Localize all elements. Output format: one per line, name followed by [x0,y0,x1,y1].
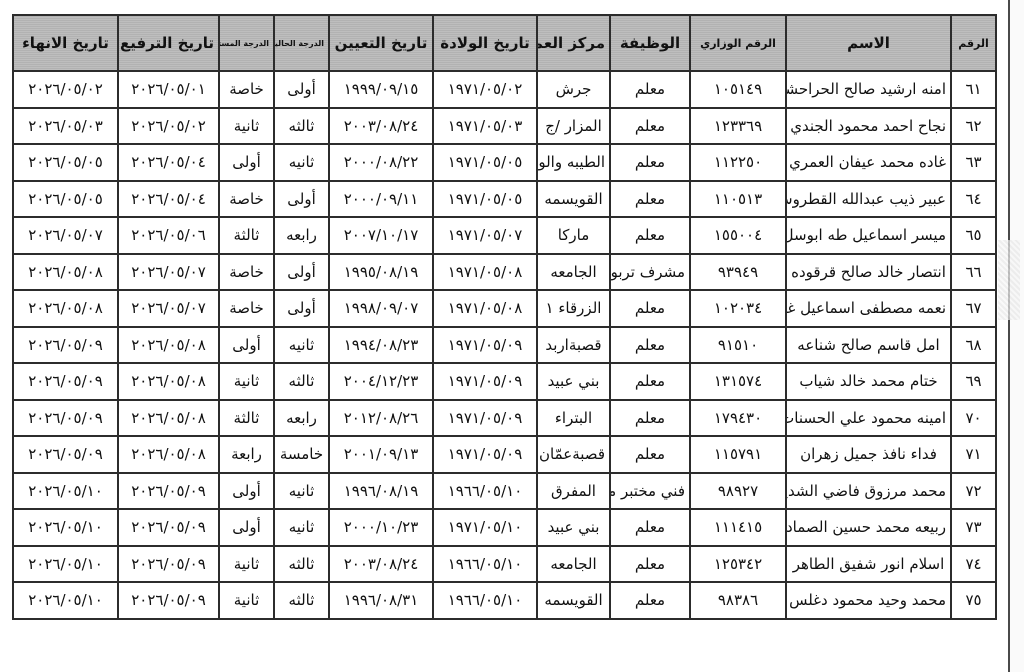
cell-ministry-number: ١٠٥١٤٩ [690,71,786,108]
cell-birth-date: ١٩٧١/٠٥/١٠ [433,509,537,546]
cell-work-center: جرش [537,71,610,108]
cell-job: معلم [610,290,690,327]
roster-body: ٦١امنه ارشيد صالح الحراحشه١٠٥١٤٩معلمجرش١… [13,71,996,619]
cell-deserved-grade: خاصة [219,254,274,291]
cell-promotion-date: ٢٠٢٦/٠٥/٠٨ [118,400,219,437]
cell-name: محمد مرزوق فاضي الشديفات [786,473,951,510]
cell-job: معلم [610,327,690,364]
cell-work-center: ماركا [537,217,610,254]
cell-name: فداء نافذ جميل زهران [786,436,951,473]
cell-current-grade: ثالثه [274,582,329,619]
cell-work-center: المفرق [537,473,610,510]
header-job: الوظيفة [610,15,690,71]
cell-job: معلم [610,436,690,473]
cell-birth-date: ١٩٦٦/٠٥/١٠ [433,546,537,583]
table-row: ٦١امنه ارشيد صالح الحراحشه١٠٥١٤٩معلمجرش١… [13,71,996,108]
cell-index: ٧٢ [951,473,996,510]
cell-work-center: الزرقاء ١ [537,290,610,327]
header-work-center: مركز العمل [537,15,610,71]
cell-ministry-number: ١١٢٢٥٠ [690,144,786,181]
cell-appointment-date: ٢٠٠٣/٠٨/٢٤ [329,546,433,583]
cell-promotion-date: ٢٠٢٦/٠٥/٠٢ [118,108,219,145]
cell-birth-date: ١٩٧١/٠٥/٠٩ [433,400,537,437]
cell-deserved-grade: ثانية [219,582,274,619]
cell-ministry-number: ١١١٤١٥ [690,509,786,546]
cell-current-grade: ثالثه [274,108,329,145]
cell-name: امينه محمود علي الحسنات [786,400,951,437]
table-row: ٦٦انتصار خالد صالح قرقوده٩٣٩٤٩مشرف تربوي… [13,254,996,291]
cell-promotion-date: ٢٠٢٦/٠٥/٠٦ [118,217,219,254]
cell-index: ٧٠ [951,400,996,437]
cell-appointment-date: ١٩٩٦/٠٨/٣١ [329,582,433,619]
cell-index: ٧١ [951,436,996,473]
cell-name: نجاح احمد محمود الجندي [786,108,951,145]
cell-deserved-grade: ثانية [219,108,274,145]
cell-birth-date: ١٩٧١/٠٥/٠٨ [433,290,537,327]
cell-job: مشرف تربوي [610,254,690,291]
cell-job: معلم [610,144,690,181]
cell-name: ميسر اسماعيل طه ابوسل [786,217,951,254]
cell-current-grade: خامسة [274,436,329,473]
cell-job: معلم [610,71,690,108]
header-end-date: تاريخ الانهاء [13,15,118,71]
cell-end-date: ٢٠٢٦/٠٥/١٠ [13,473,118,510]
cell-work-center: قصبةاربد [537,327,610,364]
cell-current-grade: ثانيه [274,144,329,181]
cell-work-center: الطيبه والوسطيه [537,144,610,181]
cell-birth-date: ١٩٧١/٠٥/٠٨ [433,254,537,291]
cell-end-date: ٢٠٢٦/٠٥/١٠ [13,582,118,619]
cell-ministry-number: ١٠٢٠٣٤ [690,290,786,327]
cell-job: معلم [610,108,690,145]
cell-ministry-number: ٩٣٩٤٩ [690,254,786,291]
cell-birth-date: ١٩٧١/٠٥/٠٩ [433,327,537,364]
cell-birth-date: ١٩٧١/٠٥/٠٥ [433,144,537,181]
cell-promotion-date: ٢٠٢٦/٠٥/٠٧ [118,290,219,327]
table-row: ٦٥ميسر اسماعيل طه ابوسل١٥٥٠٠٤معلمماركا١٩… [13,217,996,254]
cell-name: امل قاسم صالح شناعه [786,327,951,364]
cell-current-grade: رابعه [274,217,329,254]
promotion-roster-table: الرقم الاسم الرقم الوزاري الوظيفة مركز ا… [12,14,997,620]
cell-appointment-date: ١٩٩٨/٠٩/٠٧ [329,290,433,327]
cell-ministry-number: ١٢٣٣٦٩ [690,108,786,145]
cell-birth-date: ١٩٧١/٠٥/٠٣ [433,108,537,145]
cell-end-date: ٢٠٢٦/٠٥/٠٣ [13,108,118,145]
cell-current-grade: ثالثه [274,363,329,400]
cell-index: ٦٥ [951,217,996,254]
cell-job: معلم [610,509,690,546]
cell-deserved-grade: ثانية [219,546,274,583]
cell-ministry-number: ١٥٥٠٠٤ [690,217,786,254]
cell-name: ختام محمد خالد شياب [786,363,951,400]
cell-ministry-number: ٩٨٣٨٦ [690,582,786,619]
cell-deserved-grade: خاصة [219,181,274,218]
table-row: ٦٨امل قاسم صالح شناعه٩١٥١٠معلمقصبةاربد١٩… [13,327,996,364]
cell-appointment-date: ٢٠٠٠/٠٨/٢٢ [329,144,433,181]
cell-name: نعمه مصطفى اسماعيل غانم [786,290,951,327]
cell-index: ٦٤ [951,181,996,218]
cell-promotion-date: ٢٠٢٦/٠٥/٠٤ [118,144,219,181]
cell-end-date: ٢٠٢٦/٠٥/٠٧ [13,217,118,254]
cell-birth-date: ١٩٧١/٠٥/٠٧ [433,217,537,254]
cell-birth-date: ١٩٦٦/٠٥/١٠ [433,582,537,619]
table-row: ٧١فداء نافذ جميل زهران١١٥٧٩١معلمقصبةعمّا… [13,436,996,473]
cell-ministry-number: ٩١٥١٠ [690,327,786,364]
cell-deserved-grade: ثالثة [219,400,274,437]
cell-index: ٦٧ [951,290,996,327]
cell-appointment-date: ١٩٩٥/٠٨/١٩ [329,254,433,291]
cell-promotion-date: ٢٠٢٦/٠٥/٠٨ [118,363,219,400]
cell-appointment-date: ٢٠٠٣/٠٨/٢٤ [329,108,433,145]
cell-appointment-date: ٢٠٠٠/٠٩/١١ [329,181,433,218]
header-name: الاسم [786,15,951,71]
table-row: ٧٥محمد وحيد محمود دغلس٩٨٣٨٦معلمالقويسمه١… [13,582,996,619]
cell-work-center: بني عبيد [537,509,610,546]
cell-current-grade: ثانيه [274,473,329,510]
cell-job: معلم [610,582,690,619]
table-row: ٦٣غاده محمد عيفان العمري١١٢٢٥٠معلمالطيبه… [13,144,996,181]
cell-ministry-number: ١٧٩٤٣٠ [690,400,786,437]
cell-end-date: ٢٠٢٦/٠٥/٠٢ [13,71,118,108]
cell-deserved-grade: أولى [219,144,274,181]
header-row: الرقم الاسم الرقم الوزاري الوظيفة مركز ا… [13,15,996,71]
cell-promotion-date: ٢٠٢٦/٠٥/٠٩ [118,546,219,583]
cell-work-center: الجامعه [537,254,610,291]
cell-deserved-grade: خاصة [219,71,274,108]
cell-index: ٦٢ [951,108,996,145]
table-row: ٦٤عبير ذيب عبدالله القطروس١١٠٥١٣معلمالقو… [13,181,996,218]
cell-deserved-grade: أولى [219,327,274,364]
cell-index: ٧٣ [951,509,996,546]
cell-name: امنه ارشيد صالح الحراحشه [786,71,951,108]
cell-promotion-date: ٢٠٢٦/٠٥/٠٩ [118,509,219,546]
header-deserved-grade: الدرجة المستحقة [219,15,274,71]
cell-current-grade: أولى [274,71,329,108]
cell-end-date: ٢٠٢٦/٠٥/٠٨ [13,254,118,291]
cell-index: ٦١ [951,71,996,108]
cell-work-center: البتراء [537,400,610,437]
page-edge [1008,0,1024,672]
table-row: ٧٢محمد مرزوق فاضي الشديفات٩٨٩٢٧فني مختبر… [13,473,996,510]
cell-end-date: ٢٠٢٦/٠٥/٠٥ [13,181,118,218]
cell-job: معلم [610,217,690,254]
cell-ministry-number: ٩٨٩٢٧ [690,473,786,510]
cell-current-grade: رابعه [274,400,329,437]
cell-work-center: قصبةعمّان [537,436,610,473]
cell-end-date: ٢٠٢٦/٠٥/٠٥ [13,144,118,181]
header-promotion-date: تاريخ الترفيع [118,15,219,71]
cell-job: معلم [610,181,690,218]
cell-index: ٧٥ [951,582,996,619]
cell-appointment-date: ٢٠٠٧/١٠/١٧ [329,217,433,254]
header-index: الرقم [951,15,996,71]
cell-current-grade: ثالثه [274,546,329,583]
cell-index: ٦٩ [951,363,996,400]
cell-current-grade: ثانيه [274,327,329,364]
cell-deserved-grade: أولى [219,509,274,546]
cell-end-date: ٢٠٢٦/٠٥/١٠ [13,509,118,546]
cell-index: ٦٣ [951,144,996,181]
cell-birth-date: ١٩٧١/٠٥/٠٥ [433,181,537,218]
cell-birth-date: ١٩٧١/٠٥/٠٩ [433,363,537,400]
cell-promotion-date: ٢٠٢٦/٠٥/٠٨ [118,436,219,473]
cell-job: معلم [610,546,690,583]
cell-job: معلم [610,400,690,437]
cell-promotion-date: ٢٠٢٦/٠٥/٠٤ [118,181,219,218]
cell-promotion-date: ٢٠٢٦/٠٥/٠٩ [118,582,219,619]
scan-smudge [998,240,1020,320]
cell-job: معلم [610,363,690,400]
cell-appointment-date: ٢٠٠٤/١٢/٢٣ [329,363,433,400]
cell-end-date: ٢٠٢٦/٠٥/٠٩ [13,400,118,437]
cell-current-grade: أولى [274,254,329,291]
cell-current-grade: أولى [274,181,329,218]
cell-promotion-date: ٢٠٢٦/٠٥/٠٨ [118,327,219,364]
cell-current-grade: أولى [274,290,329,327]
cell-ministry-number: ١٣١٥٧٤ [690,363,786,400]
header-ministry-number: الرقم الوزاري [690,15,786,71]
cell-appointment-date: ٢٠٠١/٠٩/١٣ [329,436,433,473]
cell-end-date: ٢٠٢٦/٠٥/٠٩ [13,363,118,400]
cell-name: عبير ذيب عبدالله القطروس [786,181,951,218]
table-row: ٧٠امينه محمود علي الحسنات١٧٩٤٣٠معلمالبتر… [13,400,996,437]
cell-end-date: ٢٠٢٦/٠٥/٠٩ [13,327,118,364]
cell-ministry-number: ١٢٥٣٤٢ [690,546,786,583]
cell-job: فني مختبر مدرسة [610,473,690,510]
cell-end-date: ٢٠٢٦/٠٥/٠٨ [13,290,118,327]
cell-deserved-grade: أولى [219,473,274,510]
cell-promotion-date: ٢٠٢٦/٠٥/٠٩ [118,473,219,510]
table-row: ٧٣ربيعه محمد حسين الصمادي١١١٤١٥معلمبني ع… [13,509,996,546]
cell-end-date: ٢٠٢٦/٠٥/٠٩ [13,436,118,473]
cell-work-center: القويسمه [537,181,610,218]
cell-appointment-date: ٢٠٠٠/١٠/٢٣ [329,509,433,546]
cell-index: ٦٦ [951,254,996,291]
cell-deserved-grade: ثالثة [219,217,274,254]
cell-birth-date: ١٩٦٦/٠٥/١٠ [433,473,537,510]
cell-appointment-date: ١٩٩٩/٠٩/١٥ [329,71,433,108]
cell-promotion-date: ٢٠٢٦/٠٥/٠٧ [118,254,219,291]
cell-ministry-number: ١١٥٧٩١ [690,436,786,473]
cell-end-date: ٢٠٢٦/٠٥/١٠ [13,546,118,583]
table-row: ٦٩ختام محمد خالد شياب١٣١٥٧٤معلمبني عبيد١… [13,363,996,400]
cell-appointment-date: ١٩٩٦/٠٨/١٩ [329,473,433,510]
cell-deserved-grade: رابعة [219,436,274,473]
cell-birth-date: ١٩٧١/٠٥/٠٩ [433,436,537,473]
cell-name: ربيعه محمد حسين الصمادي [786,509,951,546]
table-row: ٧٤اسلام انور شفيق الطاهر١٢٥٣٤٢معلمالجامع… [13,546,996,583]
cell-name: محمد وحيد محمود دغلس [786,582,951,619]
cell-appointment-date: ١٩٩٤/٠٨/٢٣ [329,327,433,364]
table-row: ٦٧نعمه مصطفى اسماعيل غانم١٠٢٠٣٤معلمالزرق… [13,290,996,327]
header-birth-date: تاريخ الولادة [433,15,537,71]
cell-name: اسلام انور شفيق الطاهر [786,546,951,583]
cell-deserved-grade: خاصة [219,290,274,327]
cell-work-center: الجامعه [537,546,610,583]
cell-current-grade: ثانيه [274,509,329,546]
cell-work-center: بني عبيد [537,363,610,400]
cell-birth-date: ١٩٧١/٠٥/٠٢ [433,71,537,108]
cell-name: غاده محمد عيفان العمري [786,144,951,181]
cell-index: ٧٤ [951,546,996,583]
cell-name: انتصار خالد صالح قرقوده [786,254,951,291]
header-current-grade: الدرجة الحالية [274,15,329,71]
cell-appointment-date: ٢٠١٢/٠٨/٢٦ [329,400,433,437]
cell-ministry-number: ١١٠٥١٣ [690,181,786,218]
cell-work-center: القويسمه [537,582,610,619]
table-row: ٦٢نجاح احمد محمود الجندي١٢٣٣٦٩معلمالمزار… [13,108,996,145]
cell-deserved-grade: ثانية [219,363,274,400]
cell-index: ٦٨ [951,327,996,364]
cell-work-center: المزار /ج [537,108,610,145]
cell-promotion-date: ٢٠٢٦/٠٥/٠١ [118,71,219,108]
header-appointment-date: تاريخ التعيين [329,15,433,71]
